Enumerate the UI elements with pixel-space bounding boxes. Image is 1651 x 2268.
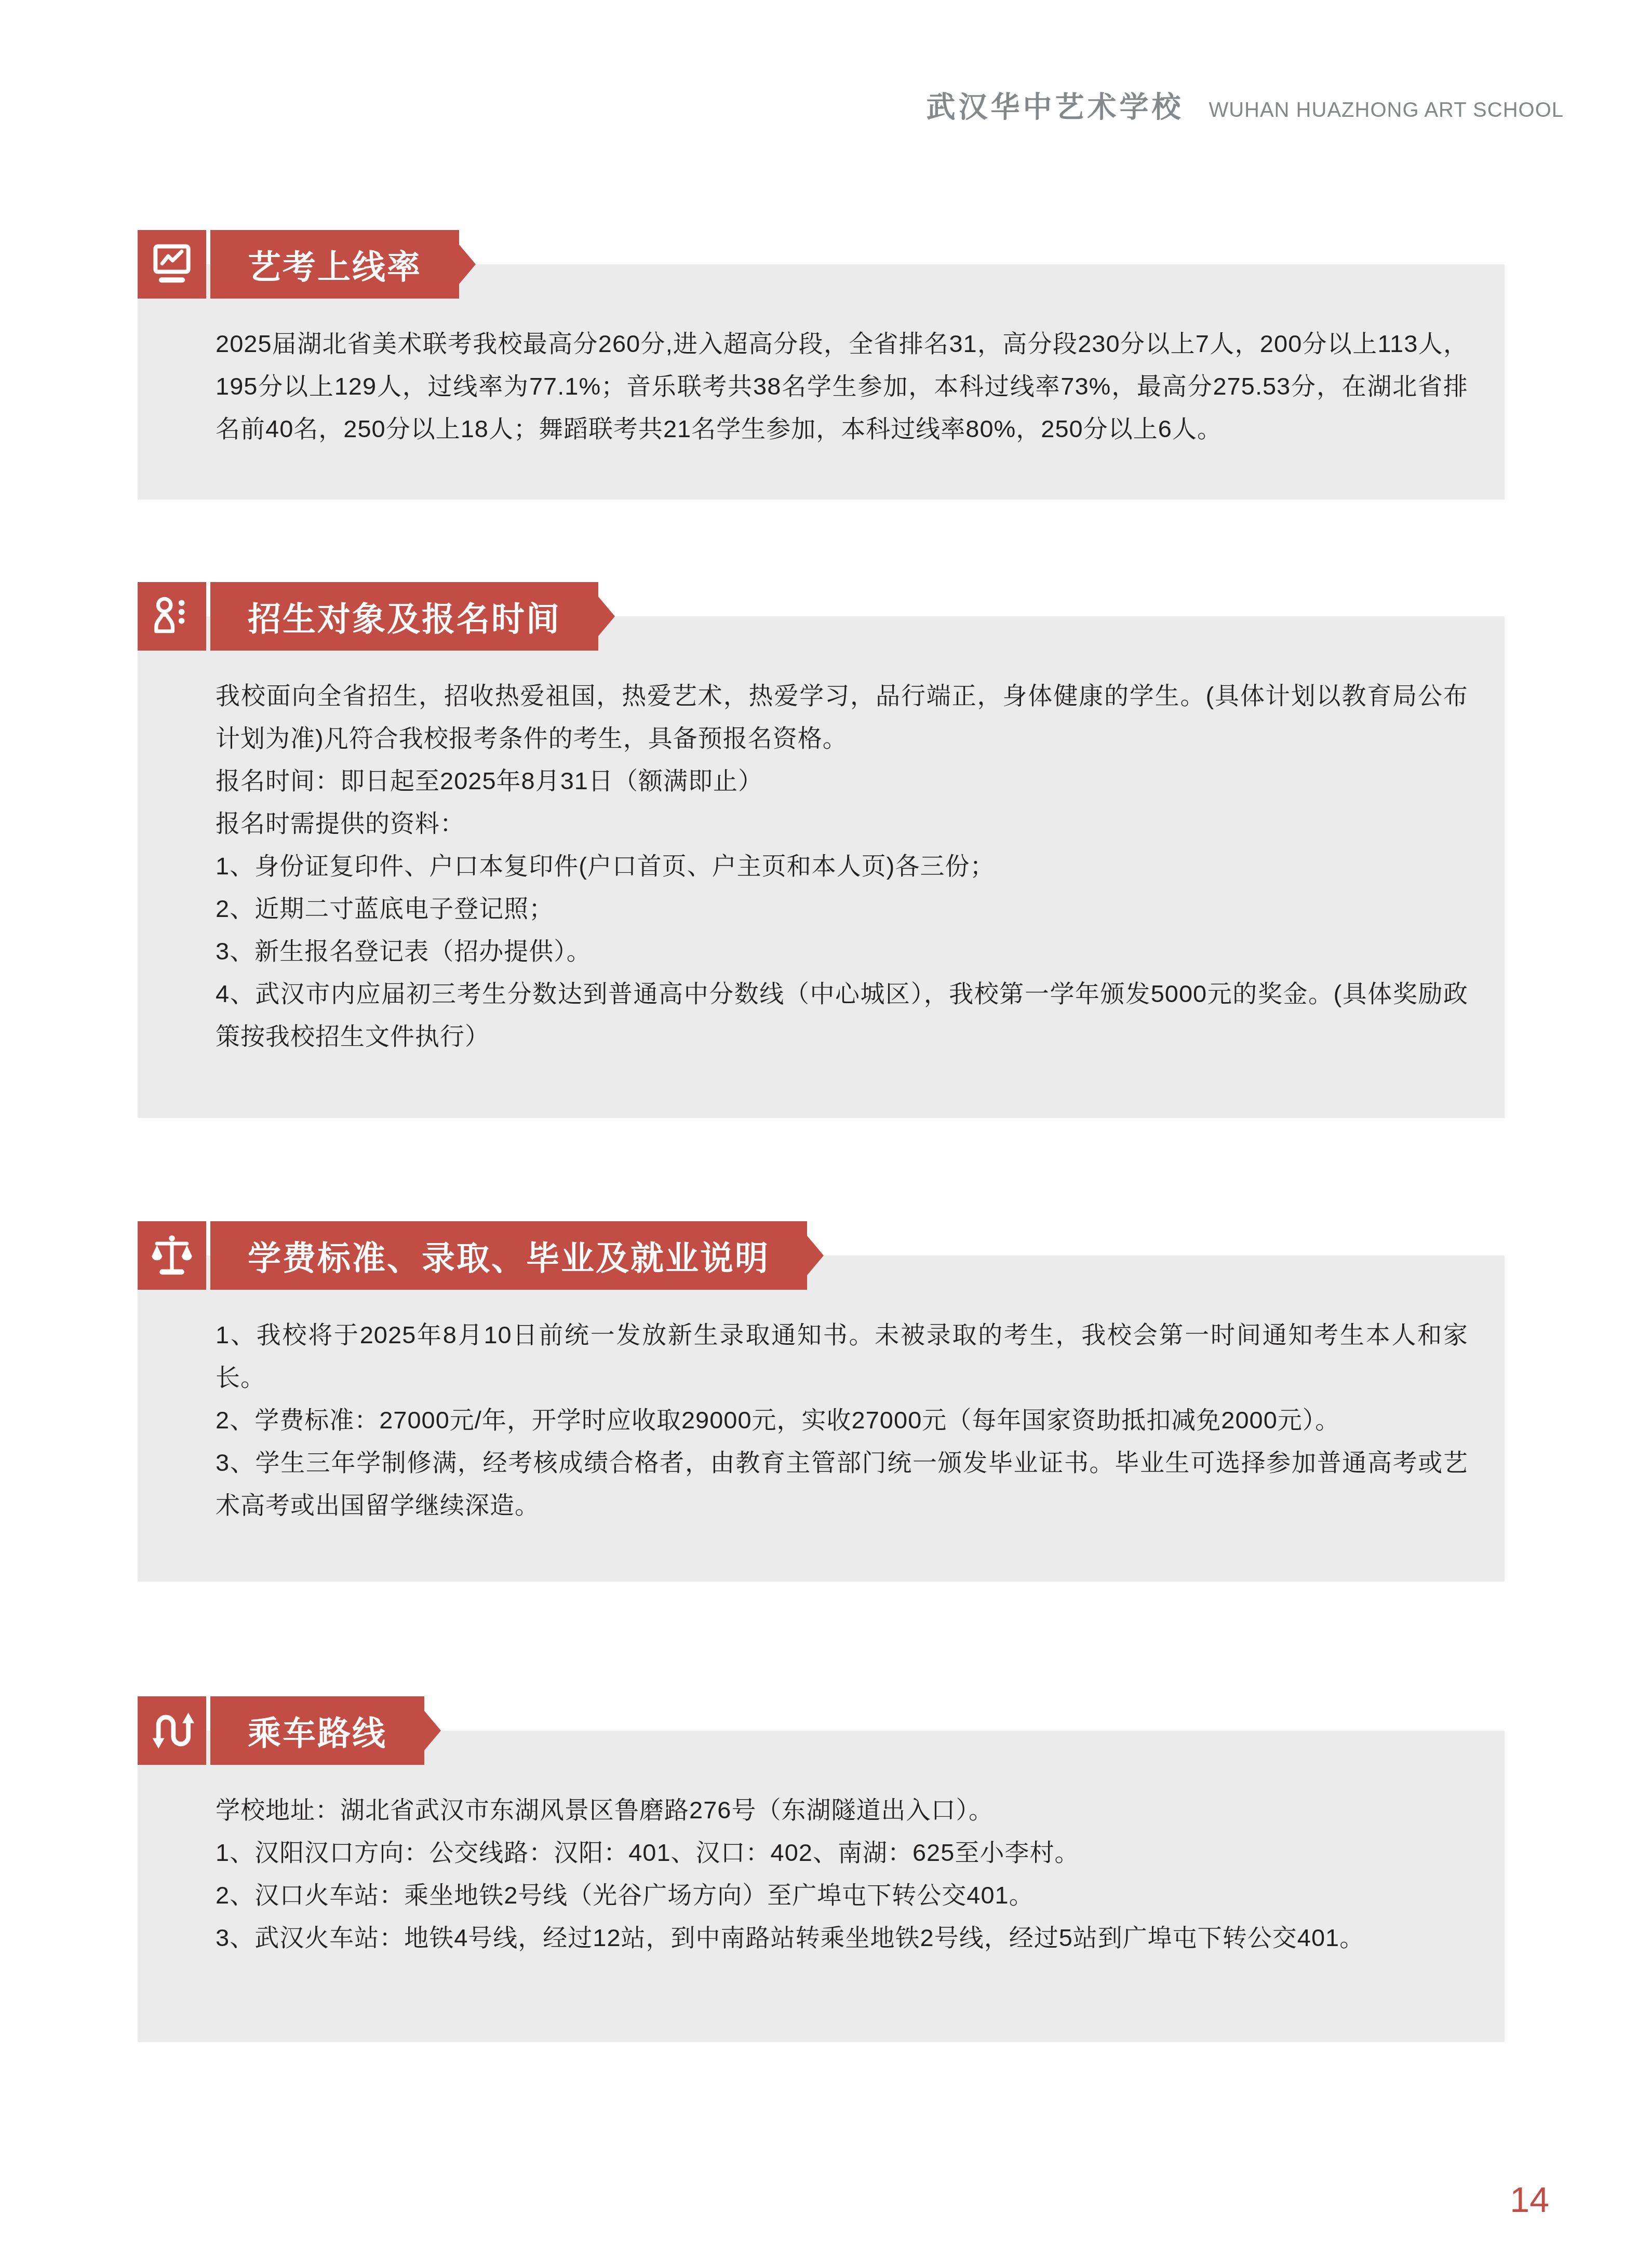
section-title: 招生对象及报名时间	[248, 592, 561, 640]
paragraph: 1、汉阳汉口方向：公交线路：汉阳：401、汉口：402、南湖：625至小李村。	[216, 1831, 1468, 1874]
section-bus-route: 乘车路线 学校地址：湖北省武汉市东湖风景区鲁磨路276号（东湖隧道出入口）。 1…	[138, 1696, 1505, 2042]
paragraph: 1、身份证复印件、户口本复印件(户口首页、户主页和本人页)各三份；	[216, 845, 1468, 887]
section-content: 1、我校将于2025年8月10日前统一发放新生录取通知书。未被录取的考生，我校会…	[138, 1255, 1505, 1582]
user-list-icon	[138, 582, 206, 651]
paragraph: 2025届湖北省美术联考我校最高分260分,进入超高分段，全省排名31，高分段2…	[216, 322, 1468, 450]
section-title: 学费标准、录取、毕业及就业说明	[248, 1232, 770, 1279]
paragraph: 4、武汉市内应届初三考生分数达到普通高中分数线（中心城区），我校第一学年颁发50…	[216, 973, 1468, 1058]
section-title: 艺考上线率	[248, 240, 422, 288]
section-title-banner: 学费标准、录取、毕业及就业说明	[210, 1221, 807, 1290]
route-arrows-icon	[138, 1696, 206, 1765]
school-name-zh: 武汉华中艺术学校	[926, 84, 1184, 126]
banner-arrow-icon	[807, 1236, 824, 1275]
section-content: 学校地址：湖北省武汉市东湖风景区鲁磨路276号（东湖隧道出入口）。 1、汉阳汉口…	[138, 1731, 1505, 2042]
paragraph: 3、武汉火车站：地铁4号线，经过12站，到中南路站转乘坐地铁2号线，经过5站到广…	[216, 1916, 1468, 1959]
section-banner: 艺考上线率	[138, 230, 1505, 299]
section-title-banner: 乘车路线	[210, 1696, 424, 1765]
section-title: 乘车路线	[248, 1707, 387, 1754]
section-content: 2025届湖北省美术联考我校最高分260分,进入超高分段，全省排名31，高分段2…	[138, 264, 1505, 500]
paragraph: 2、汉口火车站：乘坐地铁2号线（光谷广场方向）至广埠屯下转公交401。	[216, 1874, 1468, 1916]
paragraph: 报名时间：即日起至2025年8月31日（额满即止）	[216, 760, 1468, 802]
brochure-page: 武汉华中艺术学校 WUHAN HUAZHONG ART SCHOOL 艺考上线率…	[0, 0, 1651, 2268]
paragraph: 2、学费标准：27000元/年，开学时应收取29000元，实收27000元（每年…	[216, 1399, 1468, 1441]
section-title-banner: 招生对象及报名时间	[210, 582, 598, 651]
section-tuition-admission: 学费标准、录取、毕业及就业说明 1、我校将于2025年8月10日前统一发放新生录…	[138, 1221, 1505, 1582]
section-banner: 学费标准、录取、毕业及就业说明	[138, 1221, 1505, 1290]
paragraph: 1、我校将于2025年8月10日前统一发放新生录取通知书。未被录取的考生，我校会…	[216, 1314, 1468, 1399]
section-title-banner: 艺考上线率	[210, 230, 459, 299]
page-header: 武汉华中艺术学校 WUHAN HUAZHONG ART SCHOOL	[926, 84, 1564, 126]
section-banner: 招生对象及报名时间	[138, 582, 1505, 651]
scales-icon	[138, 1221, 206, 1290]
section-enrollment-targets: 招生对象及报名时间 我校面向全省招生，招收热爱祖国，热爱艺术，热爱学习，品行端正…	[138, 582, 1505, 1118]
page-number: 14	[1510, 2180, 1549, 2220]
paragraph: 我校面向全省招生，招收热爱祖国，热爱艺术，热爱学习，品行端正，身体健康的学生。(…	[216, 674, 1468, 760]
banner-arrow-icon	[598, 597, 615, 636]
paragraph: 2、近期二寸蓝底电子登记照；	[216, 887, 1468, 930]
paragraph: 学校地址：湖北省武汉市东湖风景区鲁磨路276号（东湖隧道出入口）。	[216, 1789, 1468, 1831]
chart-board-icon	[138, 230, 206, 299]
paragraph: 3、学生三年学制修满，经考核成绩合格者，由教育主管部门统一颁发毕业证书。毕业生可…	[216, 1441, 1468, 1527]
section-art-exam-pass-rate: 艺考上线率 2025届湖北省美术联考我校最高分260分,进入超高分段，全省排名3…	[138, 230, 1505, 500]
banner-arrow-icon	[459, 245, 476, 284]
section-banner: 乘车路线	[138, 1696, 1505, 1765]
paragraph: 3、新生报名登记表（招办提供）。	[216, 930, 1468, 973]
banner-arrow-icon	[424, 1711, 441, 1750]
school-name-en: WUHAN HUAZHONG ART SCHOOL	[1209, 99, 1564, 122]
section-content: 我校面向全省招生，招收热爱祖国，热爱艺术，热爱学习，品行端正，身体健康的学生。(…	[138, 616, 1505, 1118]
paragraph: 报名时需提供的资料：	[216, 802, 1468, 845]
